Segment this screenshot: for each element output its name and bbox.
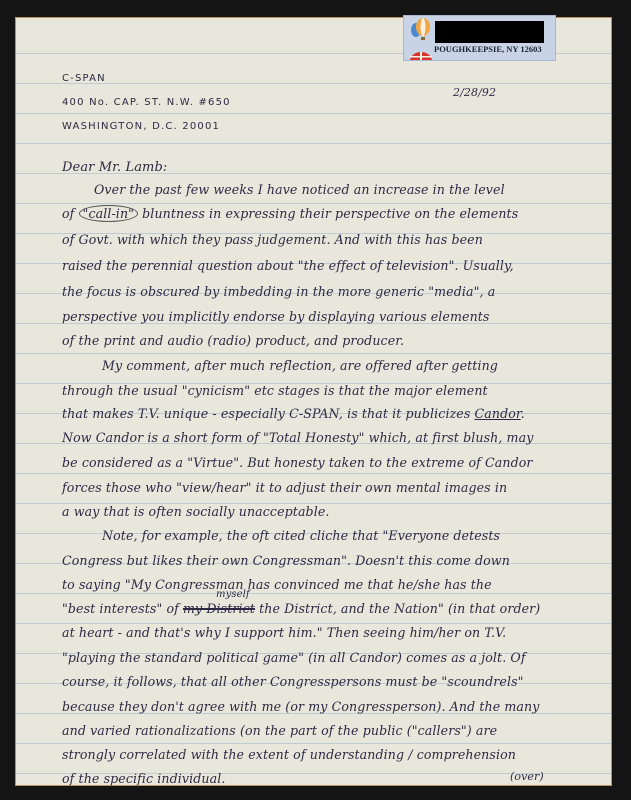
balloon-top-icon xyxy=(410,52,432,60)
letter-page xyxy=(15,17,612,786)
redacted-name xyxy=(435,21,544,43)
body-line: course, it follows, that all other Congr… xyxy=(62,674,524,689)
underlined-word: Candor xyxy=(475,406,521,421)
body-line: of the print and audio (radio) product, … xyxy=(62,333,404,348)
body-line: because they don't agree with me (or my … xyxy=(62,699,539,714)
letter-date: 2/28/92 xyxy=(453,86,496,99)
body-line: to saying "My Congressman has convinced … xyxy=(62,577,492,592)
hot-air-balloon-icon xyxy=(408,18,432,44)
body-line: Over the past few weeks I have noticed a… xyxy=(94,182,505,197)
body-line: My comment, after much reflection, are o… xyxy=(102,358,498,373)
body-line: that makes T.V. unique - especially C-SP… xyxy=(62,406,525,421)
body-line: through the usual "cynicism" etc stages … xyxy=(62,383,488,398)
body-line: Congress but likes their own Congressman… xyxy=(62,553,510,568)
body-line: strongly correlated with the extent of u… xyxy=(62,747,516,762)
address-line-3: WASHINGTON, D.C. 20001 xyxy=(62,121,220,132)
over-note: (over) xyxy=(510,770,544,783)
address-line-1: C-SPAN xyxy=(62,73,106,84)
body-line: "best interests" of my District the Dist… xyxy=(62,601,540,616)
label-city-line: POUGHKEEPSIE, NY 12603 xyxy=(434,44,542,54)
body-line: of "call-in" bluntness in expressing the… xyxy=(62,206,518,221)
body-line: forces those who "view/hear" it to adjus… xyxy=(62,480,507,495)
body-line: Note, for example, the oft cited cliche … xyxy=(102,528,500,543)
body-line: and varied rationalizations (on the part… xyxy=(62,723,497,738)
return-address-label: POUGHKEEPSIE, NY 12603 xyxy=(403,15,556,61)
body-line: be considered as a "Virtue". But honesty… xyxy=(62,455,533,470)
inserted-word: myself xyxy=(216,589,250,600)
circled-phrase: "call-in" xyxy=(79,205,139,222)
body-line: perspective you implicitly endorse by di… xyxy=(62,309,490,324)
body-line: raised the perennial question about "the… xyxy=(62,258,514,273)
struck-text: my District xyxy=(183,601,255,616)
address-line-2: 400 No. CAP. ST. N.W. #650 xyxy=(62,97,231,108)
salutation: Dear Mr. Lamb: xyxy=(62,160,167,175)
body-line: at heart - and that's why I support him.… xyxy=(62,625,506,640)
body-line: the focus is obscured by imbedding in th… xyxy=(62,284,495,299)
body-line: of Govt. with which they pass judgement.… xyxy=(62,232,483,247)
body-line: a way that is often socially unacceptabl… xyxy=(62,504,330,519)
body-line: Now Candor is a short form of "Total Hon… xyxy=(62,430,533,445)
body-line: of the specific individual. xyxy=(62,771,225,786)
body-line: "playing the standard political game" (i… xyxy=(62,650,526,665)
